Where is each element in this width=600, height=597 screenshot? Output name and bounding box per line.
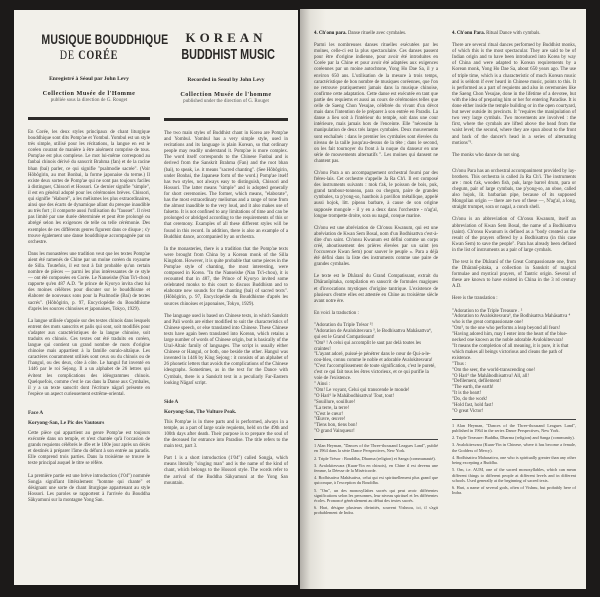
english-track-paragraph: This Pomp'ae is in three parts and is pe…: [164, 420, 288, 450]
translation-line: "Adoration de Avalokitesvara ³, le Bodhi…: [314, 329, 438, 341]
french-title-line2: DE CORÉE: [41, 47, 136, 62]
footnote: 4. Bodhisattva Mahâsattva, celui qui est…: [314, 475, 438, 485]
english-translation-intro: Here is the translation :: [452, 296, 576, 302]
french-translation-intro: En voici la traduction :: [314, 311, 438, 317]
english-collection: Collection Musée de l'homme: [164, 91, 288, 98]
french-recorded-by: Enregistré à Séoul par John Levy: [28, 76, 150, 82]
french-title-line1: MUSIQUE BOUDDHIQUE: [41, 32, 136, 47]
french-right-paragraph: Le texte est le Dhâranî du Grand Compati…: [314, 274, 438, 304]
english-title-line1: KOREAN: [164, 30, 288, 46]
french-paragraph: En Corée, les deux styles principaux de …: [28, 130, 150, 246]
footnote: 2. Triple Trésor : Bouddha, Dharma (reli…: [314, 456, 438, 461]
french-track-paragraph: Cette pièce qui appartient au genre Pomp…: [28, 431, 150, 468]
french-translation: "Adoration du Triple Trésor ²!"Adoration…: [314, 323, 438, 435]
translation-line: "It means the completion of all meaning,…: [452, 344, 576, 362]
footnote: 1 Alan Heyman, "Dances of the Three-thou…: [452, 423, 576, 433]
english-right-column: 4. Ch'onu Para. Ritual Dance with cymbal…: [452, 31, 576, 497]
french-section-heading: 4. Ch'onu para.: [314, 31, 347, 36]
english-right-paragraph: The text is the Dhâranî of the Great Com…: [452, 260, 576, 290]
french-right-paragraph: Ch'onu est une abréviation de Ch'onsu Kw…: [314, 226, 438, 269]
french-right-paragraph: Ch'onu Para a un accompagnement orchestr…: [314, 171, 438, 220]
english-paragraph: The two main styles of Buddhist chant in…: [164, 131, 288, 241]
french-title-coree: CORÉE: [78, 47, 118, 62]
english-side-label: Side A: [164, 399, 288, 405]
french-footnote-rule: [314, 439, 438, 440]
footnote: 1 Alan Heyman, "Dances of the Three-thou…: [314, 443, 438, 453]
english-section-subtitle: Ritual Dance with cymbals.: [486, 31, 540, 36]
english-translation: "Adoration to the Triple Treasure . ²"Ad…: [452, 309, 576, 415]
footnote: 6. Hari, désigne plusieurs divinités, so…: [314, 505, 438, 515]
french-collection: Collection Musée de l'Homme: [28, 90, 150, 97]
english-recorded-by: Recorded in Seoul by John Levy: [164, 77, 288, 83]
footnote: 5. "Om", un des monosyllabes sacrés qui …: [314, 488, 438, 504]
french-title-rule: [28, 117, 150, 120]
english-right-paragraph: Ch'onu Para has an orchestral accompanim…: [452, 169, 576, 212]
french-track-title: Koryong-San, Le Pic des Vautours: [28, 420, 150, 426]
french-track-paragraph: La première partie est une brève introdu…: [28, 474, 150, 504]
english-footnotes: 1 Alan Heyman, "Dances of the Three-thou…: [452, 423, 576, 495]
english-paragraph: In the monasteries, there is a tradition…: [164, 247, 288, 308]
english-right-paragraph: There are several ritual dances performe…: [452, 43, 576, 147]
english-right-paragraph: Ch'onu is an abbreviation of Ch'onsu Kwa…: [452, 217, 576, 254]
footnote: 3. Avalokitesvara (Kuan-Yin en chinois),…: [314, 463, 438, 473]
french-column: MUSIQUE BOUDDHIQUE DE CORÉE Enregistré à…: [28, 10, 150, 510]
translation-line: "Having adored him, may I enter into the…: [452, 332, 576, 344]
english-paragraph: The language used is based on Chinese te…: [164, 314, 288, 387]
french-section-intro: 4. Ch'onu para. Danse rituelle avec cymb…: [314, 31, 438, 37]
french-paragraph: La langue utilisée s'appuie sur des text…: [28, 319, 150, 398]
translation-line: "O great Victor!: [452, 409, 576, 415]
footnote: 2. Triple Treasure: Buddha, Dharma (reli…: [452, 435, 576, 440]
french-title: MUSIQUE BOUDDHIQUE DE CORÉE: [41, 32, 136, 62]
footnote: 4. Bodhisattva Mahasattva, one who is sp…: [452, 455, 576, 465]
english-title-rule: [164, 118, 288, 121]
french-published: publiée sous la direction de G. Rouget: [28, 98, 150, 103]
english-footnote-rule: [452, 419, 576, 420]
french-paragraph: Dans les monastères une tradition veut q…: [28, 252, 150, 313]
french-right-column: 4. Ch'onu para. Danse rituelle avec cymb…: [314, 31, 438, 518]
right-page: 4. Ch'onu para. Danse rituelle avec cymb…: [300, 9, 586, 589]
english-track-title: Koryong-San, The Vulture Peak.: [164, 409, 288, 415]
english-section-intro: 4. Ch'onu Para. Ritual Dance with cymbal…: [452, 31, 576, 37]
english-track-paragraph: Part 1 is a short introduction (1'04") c…: [164, 456, 288, 486]
footnote: 3. Avalokitesvara (Kuan-Yin in Chinese, …: [452, 442, 576, 452]
footnote: 5. Om, i.e. AUM, one of the sacred monos…: [452, 467, 576, 483]
translation-line: "L'ayant adoré, puissé-je pénétrer dans …: [314, 352, 438, 364]
translation-line: "Adoration to Avalokitesvara³, the Bodhi…: [452, 314, 576, 326]
translation-line: "O grand Vainqueur!: [314, 429, 438, 435]
translation-line: "C'est l'accomplissement de toute signif…: [314, 364, 438, 382]
french-side-label: Face A: [28, 410, 150, 416]
french-title-de: DE: [60, 47, 75, 62]
left-page: MUSIQUE BOUDDHIQUE DE CORÉE Enregistré à…: [14, 10, 298, 585]
french-footnotes: 1 Alan Heyman, "Dances of the Three-thou…: [314, 443, 438, 515]
french-right-paragraph: Parmi les nombreuses danses rituelles ex…: [314, 43, 438, 165]
english-title-line2: BUDDHIST MUSIC: [181, 46, 270, 63]
footnote: 6. Hari, a name of several gods, often o…: [452, 485, 576, 495]
english-right-paragraph: The monks who dance do not sing.: [452, 153, 576, 159]
english-column: KOREAN BUDDHIST MUSIC Recorded in Seoul …: [164, 10, 288, 493]
translation-line: "Om⁵ ! A celui qui accomplit le saut par…: [314, 341, 438, 353]
english-section-heading: 4. Ch'onu Para.: [452, 31, 485, 36]
french-section-subtitle: Danse rituelle avec cymbales.: [348, 31, 406, 36]
english-published: published under the direction of G. Roug…: [164, 99, 288, 104]
